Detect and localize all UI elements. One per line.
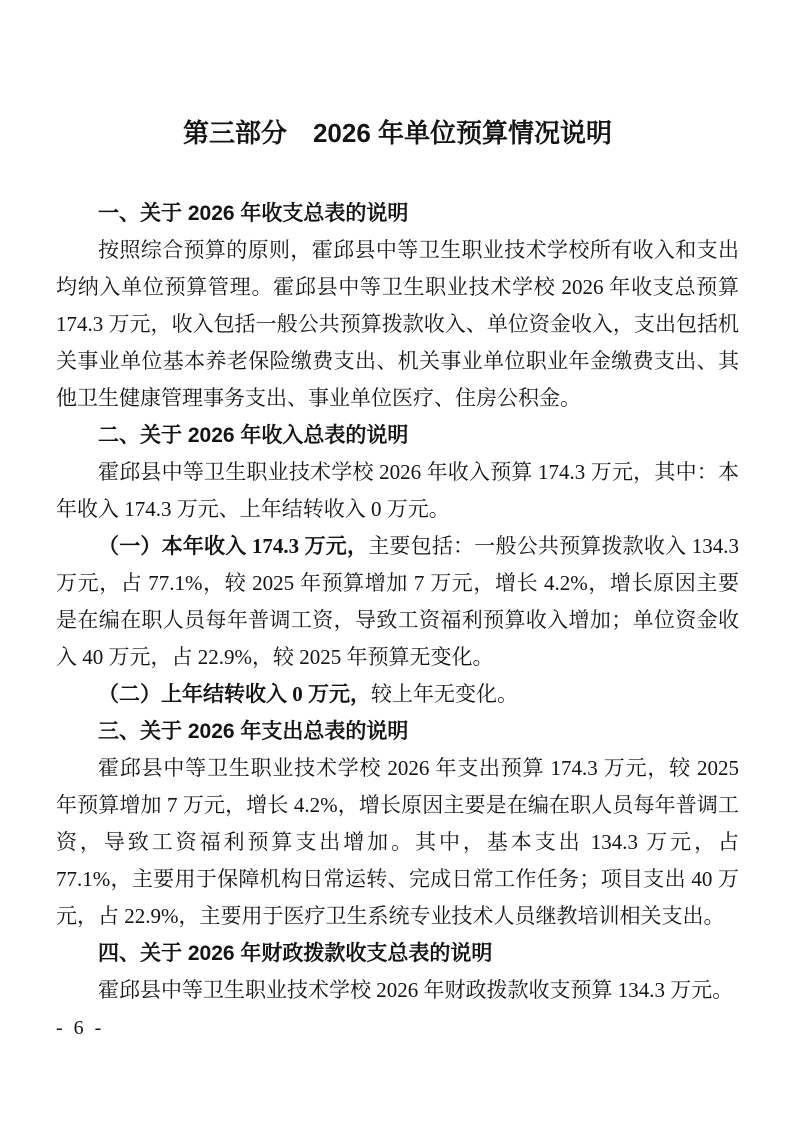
text-run: 四、关于 2026 年财政拨款收支总表的说明	[98, 942, 492, 965]
paragraph-2: 霍邱县中等卫生职业技术学校 2026 年收入预算 174.3 万元，其中：本年收…	[56, 454, 739, 528]
text-run: 霍邱县中等卫生职业技术学校 2026 年支出预算 174.3 万元，较 2025…	[56, 756, 739, 928]
text-run: 一、关于 2026 年收支总表的说明	[98, 202, 408, 225]
paragraph-4: （二）上年结转收入 0 万元，较上年无变化。	[56, 676, 739, 713]
text-run: （一）本年收入 174.3 万元，	[98, 534, 368, 558]
text-run: 较上年无变化。	[371, 682, 518, 706]
paragraph-5: 霍邱县中等卫生职业技术学校 2026 年支出预算 174.3 万元，较 2025…	[56, 750, 739, 935]
section-heading-1: 一、关于 2026 年收支总表的说明	[56, 195, 739, 232]
text-run: （二）上年结转收入 0 万元，	[98, 682, 371, 706]
section-heading-2: 二、关于 2026 年收入总表的说明	[56, 417, 739, 454]
document-body: 第三部分 2026 年单位预算情况说明 一、关于 2026 年收支总表的说明按照…	[56, 112, 739, 1009]
paragraph-1: 按照综合预算的原则，霍邱县中等卫生职业技术学校所有收入和支出均纳入单位预算管理。…	[56, 232, 739, 417]
text-run: 三、关于 2026 年支出总表的说明	[98, 720, 408, 743]
text-run: 按照综合预算的原则，霍邱县中等卫生职业技术学校所有收入和支出均纳入单位预算管理。…	[56, 238, 739, 410]
document-page: 第三部分 2026 年单位预算情况说明 一、关于 2026 年收支总表的说明按照…	[0, 0, 793, 1122]
text-run: 二、关于 2026 年收入总表的说明	[98, 424, 408, 447]
paragraph-3: （一）本年收入 174.3 万元，主要包括：一般公共预算拨款收入 134.3 万…	[56, 528, 739, 676]
text-run: 霍邱县中等卫生职业技术学校 2026 年财政拨款收支预算 134.3 万元。	[98, 978, 733, 1002]
page-number: - 6 -	[56, 1014, 104, 1042]
document-title: 第三部分 2026 年单位预算情况说明	[56, 112, 739, 154]
section-heading-4: 四、关于 2026 年财政拨款收支总表的说明	[56, 935, 739, 972]
text-run: 霍邱县中等卫生职业技术学校 2026 年收入预算 174.3 万元，其中：本年收…	[56, 460, 739, 521]
paragraph-6: 霍邱县中等卫生职业技术学校 2026 年财政拨款收支预算 134.3 万元。	[56, 972, 739, 1009]
section-heading-3: 三、关于 2026 年支出总表的说明	[56, 713, 739, 750]
document-blocks: 一、关于 2026 年收支总表的说明按照综合预算的原则，霍邱县中等卫生职业技术学…	[56, 195, 739, 1009]
